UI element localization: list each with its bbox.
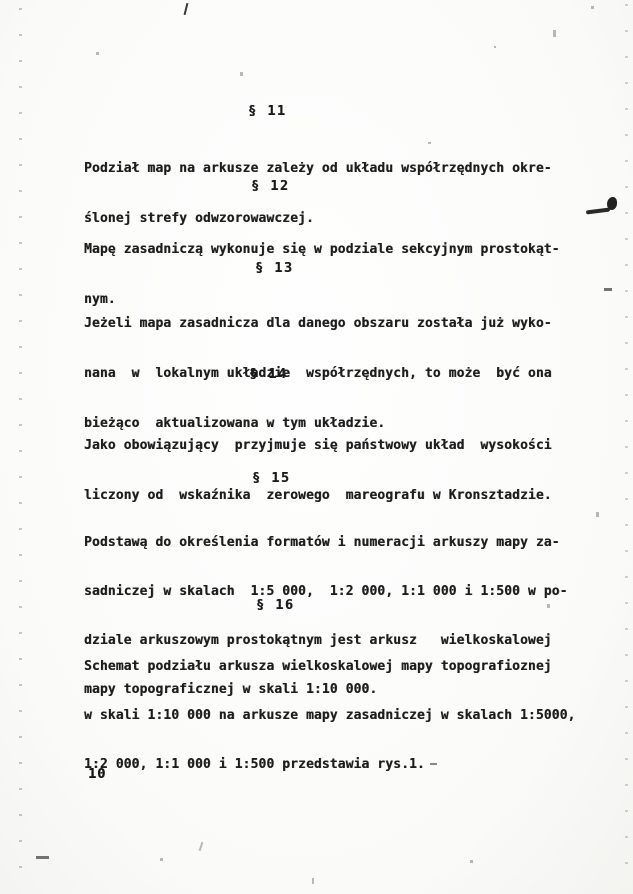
text-line: 1:2 000, 1:1 000 i 1:500 przedstawia rys… — [84, 755, 576, 774]
scan-noise-right-edge — [625, 4, 628, 884]
section-heading-14: § 14 — [249, 366, 288, 382]
scan-speck — [160, 858, 163, 861]
scan-speck — [96, 52, 99, 55]
page-number: 10 — [88, 766, 106, 782]
text-line: Mapę zasadniczą wykonuje się w podziale … — [84, 240, 576, 260]
text-line: Schemat podziału arkusza wielkoskalowej … — [84, 657, 576, 676]
text-line: Jeżeli mapa zasadnicza dla danego obszar… — [84, 314, 576, 334]
scan-speck — [199, 842, 204, 851]
scan-speck — [596, 512, 599, 517]
text-line: sadniczej w skalach 1:5 000, 1:2 000, 1:… — [84, 582, 576, 601]
section-heading-13: § 13 — [255, 260, 294, 276]
scan-speck — [547, 604, 550, 608]
scan-speck — [591, 6, 594, 9]
section-heading-12: § 12 — [251, 178, 290, 194]
ink-smudge — [586, 208, 610, 215]
scan-speck — [470, 860, 473, 863]
scanned-document-page: § 11 Podział map na arkusze zależy od uk… — [0, 0, 633, 894]
scan-speck — [494, 46, 496, 48]
scan-speck — [240, 72, 243, 76]
scan-speck — [428, 142, 431, 144]
text-line: w skali 1:10 000 na arkusze mapy zasadni… — [84, 706, 576, 725]
section-heading-15: § 15 — [252, 470, 291, 486]
section-heading-11: § 11 — [248, 103, 287, 119]
scan-speck — [312, 878, 314, 884]
text-line: Podstawą do określenia formatów i numera… — [84, 533, 576, 552]
scan-noise-left-edge — [19, 8, 22, 878]
scan-speck — [283, 370, 285, 374]
scan-speck — [604, 288, 612, 291]
paragraph-16: Schemat podziału arkusza wielkoskalowej … — [84, 627, 576, 804]
scan-speck — [184, 3, 189, 15]
text-line: Podział map na arkusze zależy od układu … — [84, 159, 576, 179]
scan-speck — [430, 763, 437, 765]
section-heading-16: § 16 — [256, 597, 295, 613]
scan-speck — [553, 30, 556, 37]
text-line: nana w lokalnym układzie współrzędnych, … — [84, 364, 576, 384]
scan-speck — [36, 856, 49, 859]
text-line: Jako obowiązujący przyjmuje się państwow… — [84, 436, 576, 456]
